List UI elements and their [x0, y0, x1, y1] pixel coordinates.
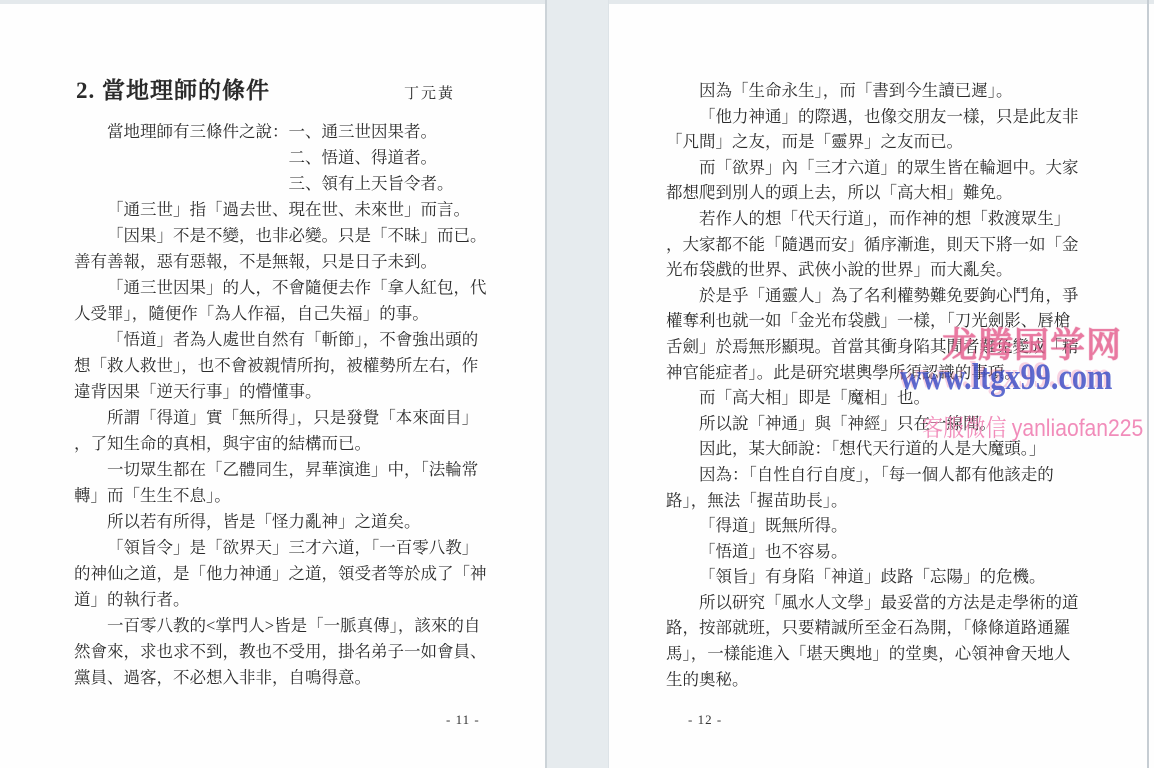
- right-page-lines: 因為「生命永生」，而「書到今生讀已遲」。「他力神通」的際遇，也像交朋友一樣，只是…: [666, 78, 1120, 692]
- text-line: 轉」而「生生不息」。: [74, 483, 486, 509]
- text-line: 「他力神通」的際遇，也像交朋友一樣，只是此友非: [666, 104, 1120, 130]
- text-line: 路，按部就班，只要精誠所至金石為開，「條條道路通羅: [666, 615, 1120, 641]
- text-line: 一切眾生都在「乙體同生，昇華演進」中，「法輪常: [74, 457, 486, 483]
- text-line: 一百零八教的<掌門人>皆是「一脈真傳」，該來的自: [74, 613, 486, 639]
- author-name: 丁元黃: [404, 82, 455, 103]
- text-line: 「通三世因果」的人，不會隨便去作「拿人紅包，代: [74, 275, 486, 301]
- text-line: 都想爬到別人的頭上去，所以「高大相」難免。: [666, 180, 1120, 206]
- text-line: 善有善報，惡有惡報，不是無報，只是日子未到。: [74, 249, 486, 275]
- text-line: 而「欲界」內「三才六道」的眾生皆在輪迴中。大家: [666, 155, 1120, 181]
- text-line: 當地理師有三條件之說：一、通三世因果者。: [74, 119, 486, 145]
- text-line: 光布袋戲的世界、武俠小說的世界」而大亂矣。: [666, 257, 1120, 283]
- text-line: 路」，無法「握苗助長」。: [666, 488, 1120, 514]
- text-line: 人受罪」，隨便作「為人作福，自己失福」的事。: [74, 301, 486, 327]
- scan-edge-right: [1147, 0, 1149, 768]
- text-line: 於是乎「通靈人」為了名利權勢難免要鉤心鬥角，爭: [666, 283, 1120, 309]
- text-line: 二、悟道、得道者。: [74, 145, 486, 171]
- text-line: 「因果」不是不變，也非必變。只是「不昧」而已。: [74, 223, 486, 249]
- text-line: 黨員、過客，不必想入非非，自鳴得意。: [74, 665, 486, 691]
- text-line: 權奪利也就一如「金光布袋戲」一樣，「刀光劍影、唇槍: [666, 308, 1120, 334]
- text-line: 因為「生命永生」，而「書到今生讀已遲」。: [666, 78, 1120, 104]
- text-line: 三、領有上天旨令者。: [74, 171, 486, 197]
- text-line: 舌劍」於焉無形顯現。首當其衝身陷其間者難免變成「精: [666, 334, 1120, 360]
- text-line: 道」的執行者。: [74, 587, 486, 613]
- text-line: 「通三世」指「過去世、現在世、未來世」而言。: [74, 197, 486, 223]
- text-line: 違背因果「逆天行事」的懵懂事。: [74, 379, 486, 405]
- text-line: 所以若有所得，皆是「怪力亂神」之道矣。: [74, 509, 486, 535]
- chapter-title: 2. 當地理師的條件: [76, 72, 270, 105]
- text-line: 「得道」既無所得。: [666, 513, 1120, 539]
- text-line: ，大家都不能「隨遇而安」循序漸進，則天下將一如「金: [666, 232, 1120, 258]
- text-line: 生的奧秘。: [666, 667, 1120, 693]
- text-line: 所謂「得道」實「無所得」，只是發覺「本來面目」: [74, 405, 486, 431]
- text-line: 「領旨」有身陷「神道」歧路「忘陽」的危機。: [666, 564, 1120, 590]
- text-line: 然會來，求也求不到，教也不受用，掛名弟子一如會員、: [74, 639, 486, 665]
- text-line: 「悟道」也不容易。: [666, 539, 1120, 565]
- left-page-lines: 當地理師有三條件之說：一、通三世因果者。二、悟道、得道者。三、領有上天旨令者。「…: [74, 119, 486, 691]
- page-number-left: - 11 -: [446, 712, 480, 728]
- text-line: 所以說「神通」與「神經」只在一線間。: [666, 411, 1120, 437]
- text-line: 想「救人救世」，也不會被親情所拘，被權勢所左右，作: [74, 353, 486, 379]
- text-line: 「凡間」之友，而是「靈界」之友而已。: [666, 129, 1120, 155]
- text-line: 因此，某大師說：「想代天行道的人是大魔頭。」: [666, 436, 1120, 462]
- page-number-right: - 12 -: [688, 712, 722, 728]
- text-line: 的神仙之道，是「他力神通」之道，領受者等於成了「神: [74, 561, 486, 587]
- text-line: 而「高大相」即是「魔相」也。: [666, 385, 1120, 411]
- text-line: 所以研究「風水人文學」最妥當的方法是走學術的道: [666, 590, 1120, 616]
- book-scan: 2. 當地理師的條件 丁元黃 當地理師有三條件之說：一、通三世因果者。二、悟道、…: [0, 0, 1154, 768]
- text-line: 若作人的想「代天行道」，而作神的想「救渡眾生」: [666, 206, 1120, 232]
- text-line: 「領旨令」是「欲界天」三才六道，「一百零八教」: [74, 535, 486, 561]
- text-line: 馬」，一樣能進入「堪天輿地」的堂奧，心領神會天地人: [666, 641, 1120, 667]
- text-line: 神官能症者」。此是研究堪輿學所須認識的事項。: [666, 360, 1120, 386]
- text-line: ，了知生命的真相，與宇宙的結構而已。: [74, 431, 486, 457]
- page-gutter: [545, 0, 609, 768]
- text-line: 因為：「自性自行自度」，「每一個人都有他該走的: [666, 462, 1120, 488]
- text-line: 「悟道」者為人處世自然有「斬節」，不會強出頭的: [74, 327, 486, 353]
